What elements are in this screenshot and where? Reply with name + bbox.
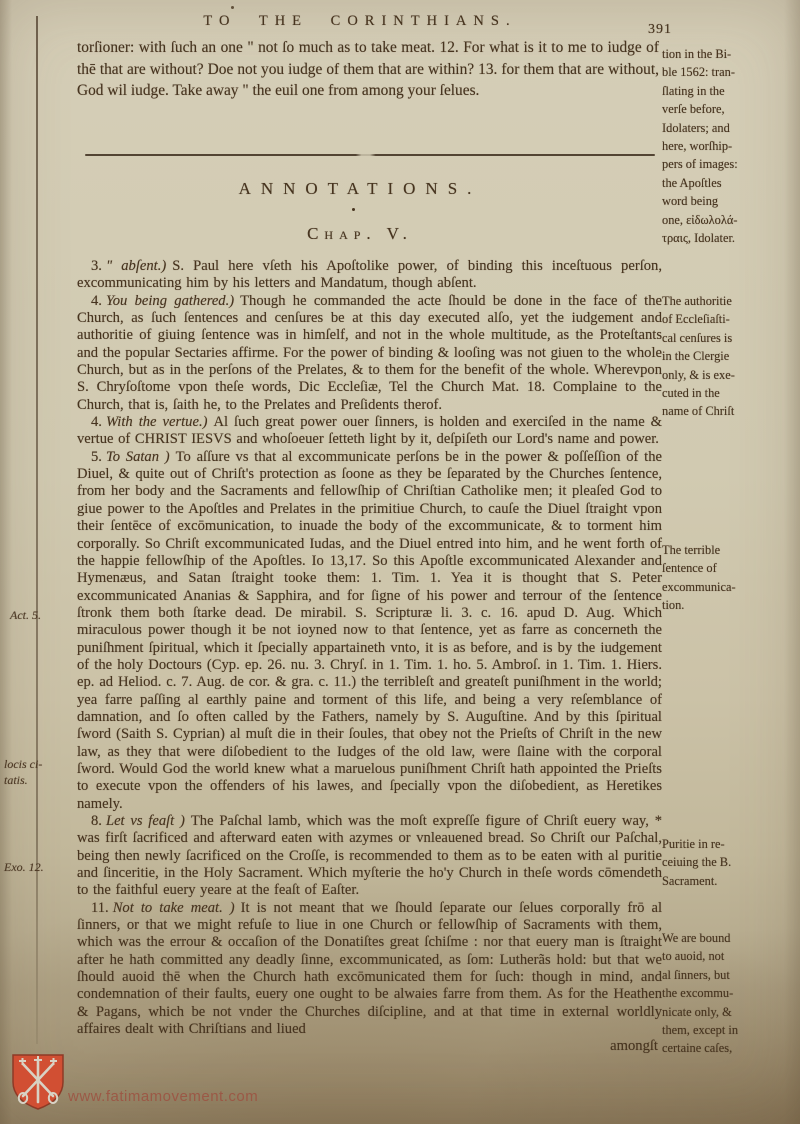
annotation-text: Though he commanded the acte ſhould be d…: [77, 293, 662, 413]
lemma: You being gathered.): [106, 293, 234, 309]
margin-note-bible-translation: tion in the Bi- ble 1562: tran- ſlating …: [662, 45, 794, 247]
ink-speck: [231, 6, 234, 9]
verse-ref: 4.: [91, 293, 102, 309]
margin-ref-locis-citatis: locis ci- tatis.: [4, 757, 42, 788]
annotation-text: To aſſure vs that al excommunicate perſo…: [77, 449, 662, 812]
margin-note-excommunication: The terrible ſentence of excommunica- ti…: [662, 541, 794, 615]
catchword: amongſt: [77, 1038, 662, 1055]
annotation-paragraph-3-absent: 3." abſent.)S. Paul here vſeth his Apoſt…: [77, 258, 662, 293]
chapter-text-body: torſioner: with ſuch an one " not ſo muc…: [77, 37, 659, 102]
lemma: Let vs feaſt ): [106, 813, 185, 829]
lemma: With the vertue.): [106, 414, 208, 430]
chapter-heading: Chap. V.: [80, 224, 640, 244]
crossed-keys-icon: [10, 1052, 66, 1112]
lemma: To Satan ): [106, 449, 170, 465]
margin-note-avoid-excommunicate: We are bound to auoid, not al ſinners, b…: [662, 929, 794, 1058]
lemma: " abſent.): [106, 258, 166, 274]
page-number: 391: [648, 22, 672, 38]
verse-ref: 3.: [91, 258, 102, 274]
verse-ref: 5.: [91, 449, 102, 465]
ornament-dot: [352, 208, 355, 211]
margin-note-ecclesiastical-censures: The authoritie of Eccleſiaſti- cal cenſu…: [662, 292, 794, 421]
lemma: Not to take meat. ): [113, 900, 235, 916]
left-margin-rule: [36, 16, 38, 1044]
verse-ref: 11.: [91, 900, 109, 916]
annotation-text: It is not meant that we ſhould ſeparate …: [77, 900, 662, 1037]
annotation-paragraph-4-vertue: 4.With the vertue.)Al ſuch great power o…: [77, 414, 662, 449]
margin-note-puritie-sacrament: Puritie in re- ceiuing the B. Sacrament.: [662, 835, 794, 890]
verse-ref: 4.: [91, 414, 102, 430]
crossed-keys-shield-logo: [10, 1052, 66, 1117]
annotation-paragraph-8-feast: 8.Let vs feaſt )The Paſchal lamb, which …: [77, 813, 662, 900]
annotation-paragraph-4-gathered: 4.You being gathered.)Though he commande…: [77, 293, 662, 414]
margin-ref-act-5: Act. 5.: [10, 608, 41, 624]
annotations-title: ANNOTATIONS.: [80, 179, 640, 199]
section-divider-rule: [85, 154, 655, 156]
margin-ref-exo-12: Exo. 12.: [4, 860, 44, 876]
annotations-text-block: 3." abſent.)S. Paul here vſeth his Apoſt…: [77, 258, 662, 1056]
book-page-scan: TO THE CORINTHIANS. 391 torſioner: with …: [0, 0, 800, 1124]
running-header: TO THE CORINTHIANS.: [80, 13, 640, 30]
watermark-url: www.fatimamovement.com: [68, 1088, 258, 1105]
verse-ref: 8.: [91, 813, 102, 829]
annotation-paragraph-11-meat: 11.Not to take meat. )It is not meant th…: [77, 900, 662, 1039]
annotation-paragraph-5-satan: 5.To Satan )To aſſure vs that al excommu…: [77, 449, 662, 813]
